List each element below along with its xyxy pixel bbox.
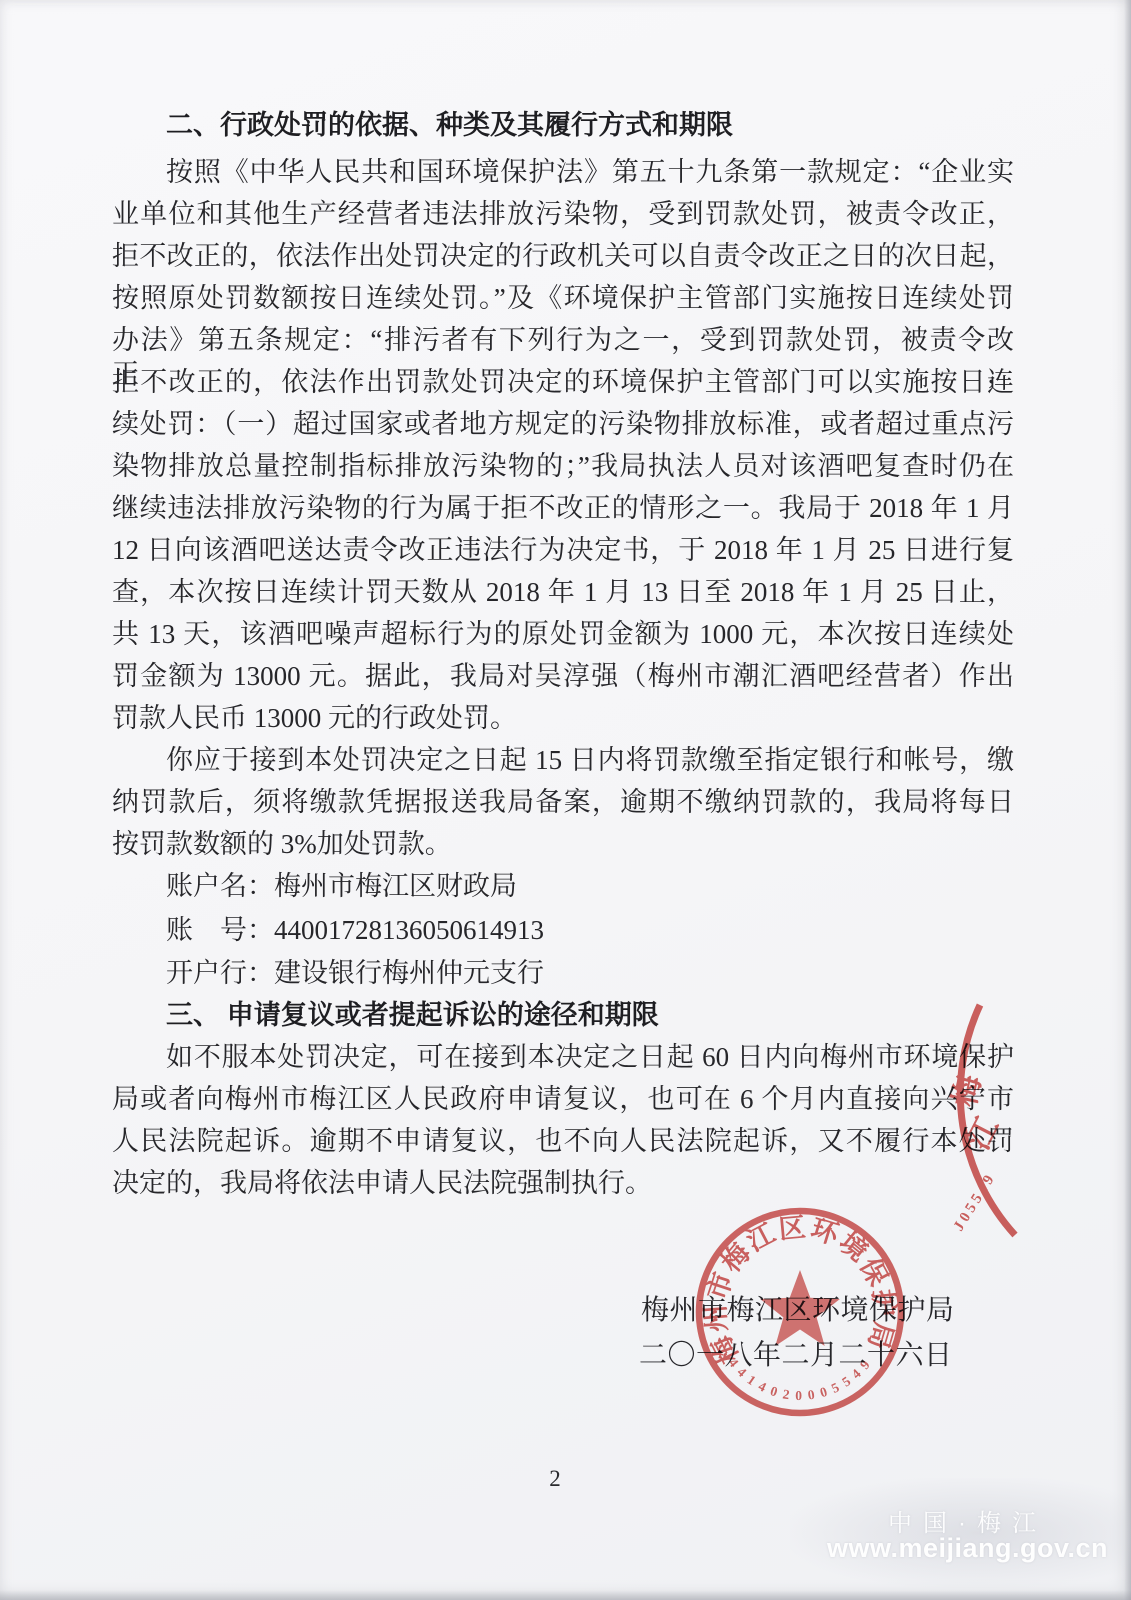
body-line: 局或者向梅州市梅江区人民政府申请复议，也可在 6 个月内直接向兴宁市 [112,1082,1014,1116]
body-line: 按照《中华人民共和国环境保护法》第五十九条第一款规定：“企业实 [112,155,1014,189]
body-line: 决定的，我局将依法申请人民法院强制执行。 [112,1166,1014,1200]
account-number-line: 账 号：44001728136050614913 [112,913,1014,947]
watermark-url: www.meijiang.gov.cn [827,1533,1108,1564]
body-line: 罚金额为 13000 元。据此，我局对吴淳强（梅州市潮汇酒吧经营者）作出 [112,659,1014,693]
body-line: 续处罚：（一）超过国家或者地方规定的污染物排放标准，或者超过重点污 [112,407,1014,441]
body-line: 你应于接到本处罚决定之日起 15 日内将罚款缴至指定银行和帐号，缴 [112,743,1014,777]
body-line: 共 13 天，该酒吧噪声超标行为的原处罚金额为 1000 元，本次按日连续处 [112,617,1014,651]
scan-bottom-edge [0,1590,1131,1600]
body-line: 如不服本处罚决定，可在接到本决定之日起 60 日内向梅州市环境保护 [112,1040,1014,1074]
body-line: 12 日向该酒吧送达责令改正违法行为决定书，于 2018 年 1 月 25 日进… [112,533,1014,567]
body-line: 染物排放总量控制指标排放污染物的；”我局执法人员对该酒吧复查时仍在 [112,449,1014,483]
body-line: 人民法院起诉。逾期不申请复议，也不向人民法院起诉，又不履行本处罚 [112,1124,1014,1158]
page-number: 2 [0,1466,1110,1492]
section-2-heading: 二、行政处罚的依据、种类及其履行方式和期限 [112,108,1014,142]
body-line: 按照原处罚数额按日连续处罚。”及《环境保护主管部门实施按日连续处罚 [112,281,1014,315]
scan-right-edge [1124,0,1131,1600]
body-line: 业单位和其他生产经营者违法排放污染物，受到罚款处罚，被责令改正， [112,197,1014,231]
issue-date: 二〇一八年二月二十六日 [639,1333,953,1373]
body-line: 继续违法排放污染物的行为属于拒不改正的情形之一。我局于 2018 年 1 月 [112,491,1014,525]
account-name-line: 账户名：梅州市梅江区财政局 [112,869,1014,903]
body-line: 按罚款数额的 3%加处罚款。 [112,827,1014,861]
bank-branch-line: 开户行：建设银行梅州仲元支行 [112,956,1014,990]
body-line: 罚款人民币 13000 元的行政处罚。 [112,701,1014,735]
body-line: 纳罚款后，须将缴款凭据报送我局备案，逾期不缴纳罚款的，我局将每日 [112,785,1014,819]
section-3-heading: 三、 申请复议或者提起诉讼的途径和期限 [112,998,1014,1032]
body-line: 查，本次按日连续计罚天数从 2018 年 1 月 13 日至 2018 年 1 … [112,575,1014,609]
issuer-name: 梅州市梅江区环境保护局 [641,1288,955,1328]
body-line: 拒不改正的，依法作出罚款处罚决定的环境保护主管部门可以实施按日连 [112,365,1014,399]
body-line: 拒不改正的，依法作出处罚决定的行政机关可以自责令改正之日的次日起， [112,239,1014,273]
